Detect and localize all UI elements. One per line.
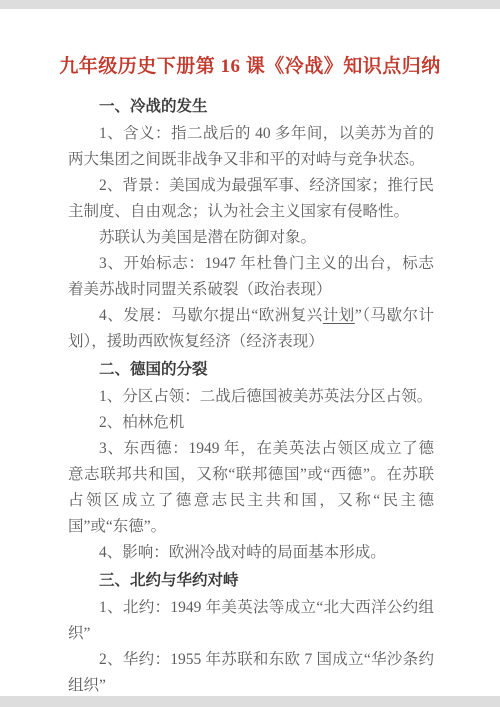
paragraph-start-sign: 3、开始标志：1947 年杜鲁门主义的出台，标志着美苏战时同盟关系破裂（政治表现… bbox=[68, 251, 434, 303]
paragraph-development: 4、发展：马歇尔提出“欧洲复兴计划”（马歇尔计划），援助西欧恢复经济（经济表现） bbox=[68, 303, 434, 355]
section-heading-nato-warsaw: 三、北约与华约对峙 bbox=[68, 568, 434, 594]
section-heading-cold-war-outbreak: 一、冷战的发生 bbox=[68, 94, 434, 120]
paragraph-berlin-crisis: 2、柏林危机 bbox=[68, 410, 434, 436]
paragraph-background: 2、背景：美国成为最强军事、经济国家；推行民主制度、自由观念；认为社会主义国家有… bbox=[68, 173, 434, 225]
document-title: 九年级历史下册第 16 课《冷战》知识点归纳 bbox=[0, 0, 500, 82]
top-edge-band bbox=[0, 0, 500, 9]
paragraph-impact: 4、影响：欧洲冷战对峙的局面基本形成。 bbox=[68, 540, 434, 566]
paragraph-east-west-germany: 3、东西德：1949 年，在美英法占领区成立了德意志联邦共和国，又称“联邦德国”… bbox=[68, 436, 434, 540]
underlined-text-plan: 计划 bbox=[323, 307, 355, 324]
paragraph-occupation-zones: 1、分区占领：二战后德国被美苏英法分区占领。 bbox=[68, 384, 434, 410]
paragraph-definition: 1、含义：指二战后的 40 多年间，以美苏为首的两大集团之间既非战争又非和平的对… bbox=[68, 121, 434, 173]
paragraph-nato: 1、北约：1949 年美英法等成立“北大西洋公约组织” bbox=[68, 595, 434, 647]
paragraph-development-pre: 4、发展：马歇尔提出“欧洲复兴 bbox=[99, 307, 323, 324]
bottom-edge-band bbox=[0, 696, 500, 707]
paragraph-soviet-view: 苏联认为美国是潜在防御对象。 bbox=[68, 225, 434, 251]
section-heading-germany-division: 二、德国的分裂 bbox=[68, 357, 434, 383]
document-content: 一、冷战的发生 1、含义：指二战后的 40 多年间，以美苏为首的两大集团之间既非… bbox=[0, 82, 500, 699]
document-page: 九年级历史下册第 16 课《冷战》知识点归纳 一、冷战的发生 1、含义：指二战后… bbox=[0, 0, 500, 707]
paragraph-warsaw-pact: 2、华约：1955 年苏联和东欧 7 国成立“华沙条约组织” bbox=[68, 647, 434, 699]
